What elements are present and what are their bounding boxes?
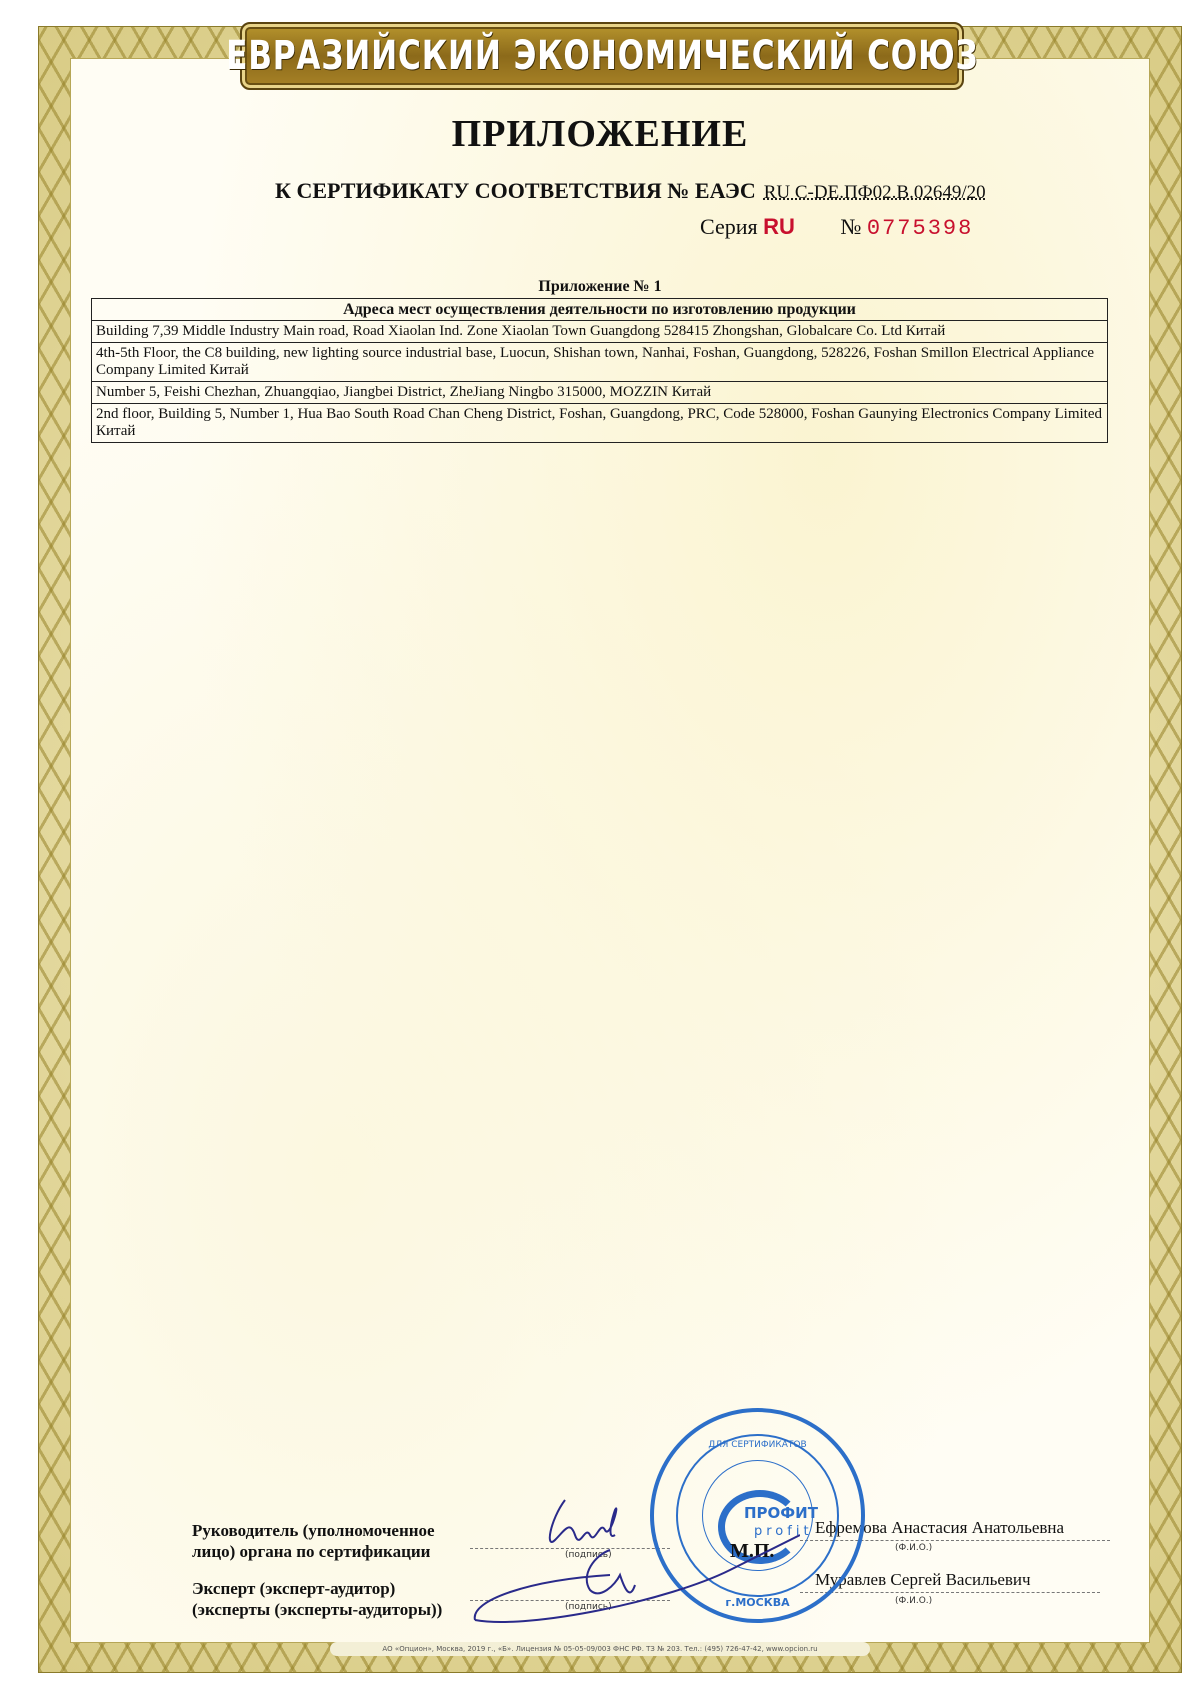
- expert-label-line2: (эксперты (эксперты-аудиторы)): [192, 1599, 442, 1620]
- number-label: №: [840, 214, 861, 239]
- table-row: Building 7,39 Middle Industry Main road,…: [92, 321, 1108, 343]
- address-cell: Building 7,39 Middle Industry Main road,…: [92, 321, 1108, 343]
- certificate-prefix: К СЕРТИФИКАТУ СООТВЕТСТВИЯ № ЕАЭС: [275, 178, 756, 203]
- head-label: Руководитель (уполномоченное лицо) орган…: [192, 1520, 435, 1562]
- series-label: Серия: [700, 214, 758, 239]
- stamp-inner-text: ДЛЯ СЕРТИФИКАТОВ: [654, 1440, 861, 1450]
- table-row: 4th-5th Floor, the C8 building, new ligh…: [92, 343, 1108, 382]
- series-code: RU: [763, 214, 795, 239]
- table-header: Адреса мест осуществления деятельности п…: [92, 299, 1108, 321]
- addresses-table: Адреса мест осуществления деятельности п…: [91, 298, 1108, 443]
- address-cell: 4th-5th Floor, the C8 building, new ligh…: [92, 343, 1108, 382]
- head-label-line1: Руководитель (уполномоченное: [192, 1520, 435, 1541]
- expert-name-caption: (Ф.И.О.): [895, 1596, 932, 1606]
- certificate-number: RU C-DE.ПФ02.В.02649/20: [764, 182, 986, 203]
- address-cell: Number 5, Feishi Chezhan, Zhuangqiao, Ji…: [92, 382, 1108, 404]
- document-title: ПРИЛОЖЕНИЕ: [0, 112, 1200, 156]
- expert-label-line1: Эксперт (эксперт-аудитор): [192, 1578, 442, 1599]
- union-banner-text: ЕВРАЗИЙСКИЙ ЭКОНОМИЧЕСКИЙ СОЮЗ: [226, 33, 978, 79]
- table-row: 2nd floor, Building 5, Number 1, Hua Bao…: [92, 404, 1108, 443]
- certificate-reference: К СЕРТИФИКАТУ СООТВЕТСТВИЯ № ЕАЭСRU C-DE…: [275, 178, 986, 204]
- table-row: Number 5, Feishi Chezhan, Zhuangqiao, Ji…: [92, 382, 1108, 404]
- union-banner: ЕВРАЗИЙСКИЙ ЭКОНОМИЧЕСКИЙ СОЮЗ: [240, 22, 964, 90]
- printer-footer: АО «Опцион», Москва, 2019 г., «Б». Лицен…: [330, 1642, 870, 1656]
- address-cell: 2nd floor, Building 5, Number 1, Hua Bao…: [92, 404, 1108, 443]
- form-number: 0775398: [867, 216, 973, 241]
- head-label-line2: лицо) органа по сертификации: [192, 1541, 435, 1562]
- head-name-caption: (Ф.И.О.): [895, 1543, 932, 1553]
- expert-label: Эксперт (эксперт-аудитор) (эксперты (экс…: [192, 1578, 442, 1620]
- expert-name-line: [800, 1592, 1100, 1593]
- appendix-label: Приложение № 1: [0, 278, 1200, 296]
- handwritten-signatures: [470, 1480, 800, 1640]
- series-line: Серия RU № 0775398: [700, 214, 973, 241]
